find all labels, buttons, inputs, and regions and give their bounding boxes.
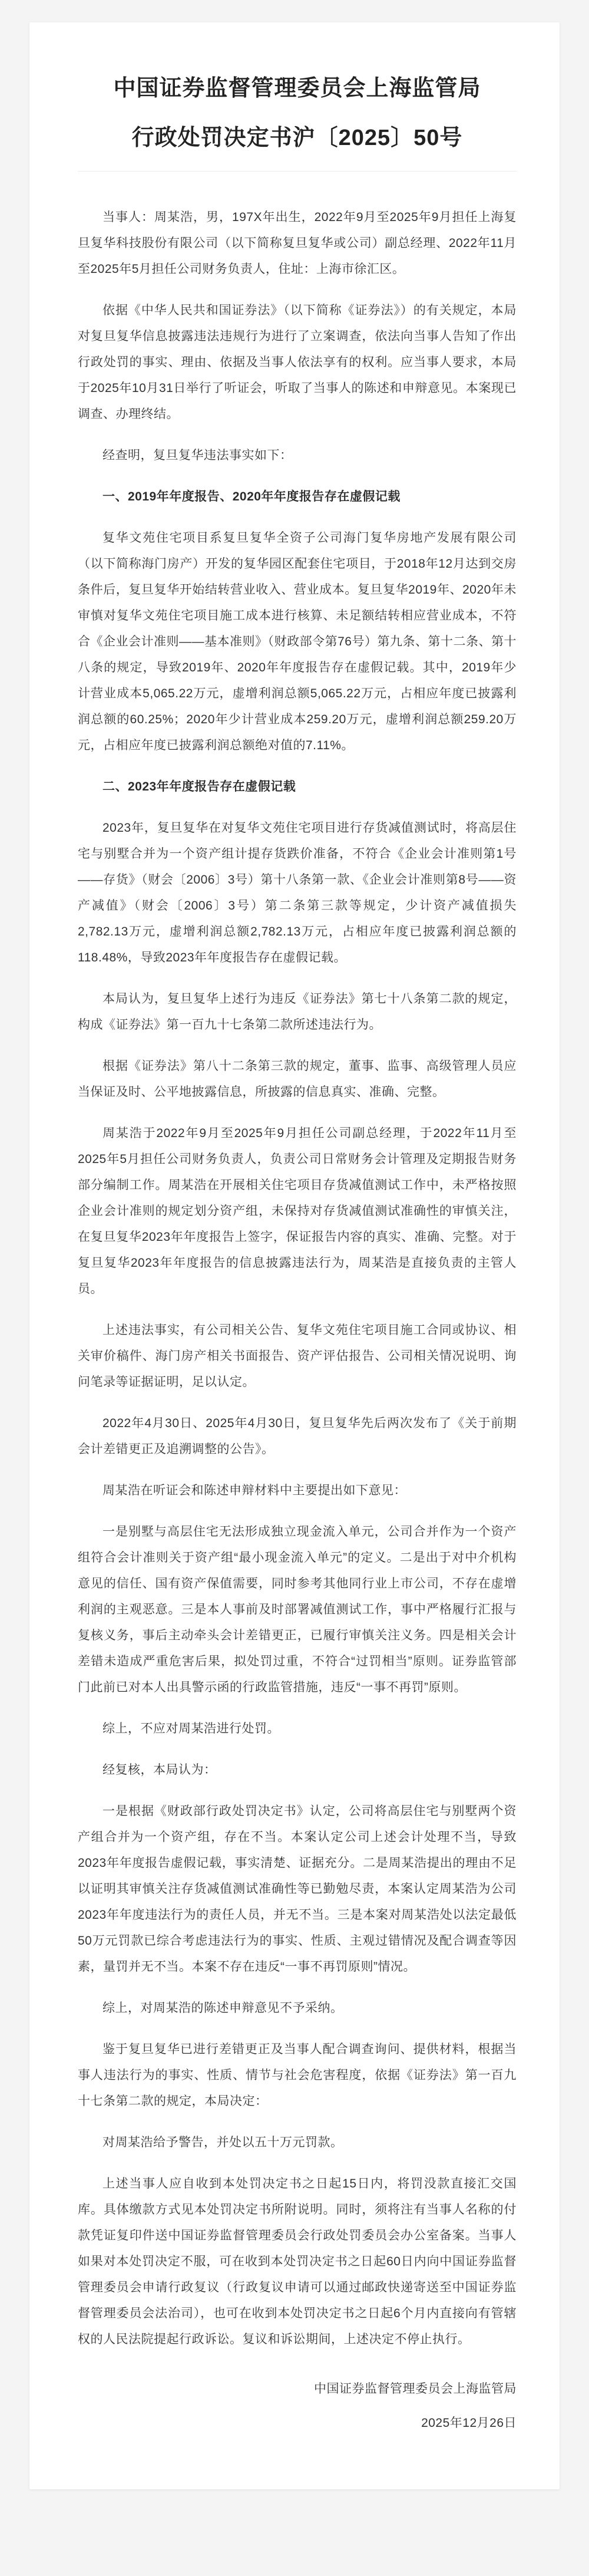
issuer-signature: 中国证券监督管理委员会上海监管局 <box>78 2376 517 2402</box>
paragraph: 上述当事人应自收到本处罚决定书之日起15日内，将罚没款直接汇交国库。具体缴款方式… <box>78 2171 517 2353</box>
paragraph: 2023年，复旦复华在对复华文苑住宅项目进行存货减值测试时，将高层住宅与别墅合并… <box>78 815 517 971</box>
title-line-2: 行政处罚决定书沪〔2025〕50号 <box>78 113 517 163</box>
title-line-1: 中国证券监督管理委员会上海监管局 <box>78 64 517 113</box>
paragraph: 复华文苑住宅项目系复旦复华全资子公司海门复华房地产发展有限公司（以下简称海门房产… <box>78 525 517 759</box>
paragraph: 当事人：周某浩，男，197X年出生，2022年9月至2025年9月担任上海复旦复… <box>78 205 517 282</box>
section-heading: 一、2019年年度报告、2020年年度报告存在虚假记载 <box>78 484 517 510</box>
paragraph: 周某浩在听证会和陈述申辩材料中主要提出如下意见： <box>78 1478 517 1504</box>
document-card: 中国证券监督管理委员会上海监管局 行政处罚决定书沪〔2025〕50号 当事人：周… <box>29 22 560 2489</box>
paragraph: 一是根据《财政部行政处罚决定书》认定，公司将高层住宅与别墅两个资产组合并为一个资… <box>78 1798 517 1980</box>
paragraph: 一是别墅与高层住宅无法形成独立现金流入单元，公司合并作为一个资产组符合会计准则关… <box>78 1519 517 1701</box>
page-background: 中国证券监督管理委员会上海监管局 行政处罚决定书沪〔2025〕50号 当事人：周… <box>0 0 589 2576</box>
signature-block: 中国证券监督管理委员会上海监管局 2025年12月26日 <box>78 2376 517 2436</box>
document-body: 当事人：周某浩，男，197X年出生，2022年9月至2025年9月担任上海复旦复… <box>78 172 517 2353</box>
issue-date: 2025年12月26日 <box>78 2410 517 2436</box>
paragraph: 上述违法事实，有公司相关公告、复华文苑住宅项目施工合同或协议、相关审价稿件、海门… <box>78 1317 517 1395</box>
paragraph: 综上，对周某浩的陈述申辩意见不予采纳。 <box>78 1995 517 2021</box>
paragraph: 本局认为，复旦复华上述行为违反《证券法》第七十八条第二款的规定，构成《证券法》第… <box>78 986 517 1038</box>
paragraph: 依据《中华人民共和国证券法》（以下简称《证券法》）的有关规定，本局对复旦复华信息… <box>78 298 517 427</box>
document-title: 中国证券监督管理委员会上海监管局 行政处罚决定书沪〔2025〕50号 <box>78 64 517 163</box>
paragraph: 2022年4月30日、2025年4月30日，复旦复华先后两次发布了《关于前期会计… <box>78 1411 517 1462</box>
paragraph: 对周某浩给予警告，并处以五十万元罚款。 <box>78 2130 517 2156</box>
section-heading: 二、2023年年度报告存在虚假记载 <box>78 774 517 800</box>
paragraph: 经查明，复旦复华违法事实如下： <box>78 443 517 469</box>
paragraph: 经复核，本局认为： <box>78 1757 517 1783</box>
paragraph: 综上，不应对周某浩进行处罚。 <box>78 1716 517 1742</box>
paragraph: 周某浩于2022年9月至2025年9月担任公司副总经理，于2022年11月至20… <box>78 1121 517 1302</box>
paragraph: 根据《证券法》第八十二条第三款的规定，董事、监事、高级管理人员应当保证及时、公平… <box>78 1053 517 1105</box>
paragraph: 鉴于复旦复华已进行差错更正及当事人配合调查询问、提供材料，根据当事人违法行为的事… <box>78 2037 517 2114</box>
